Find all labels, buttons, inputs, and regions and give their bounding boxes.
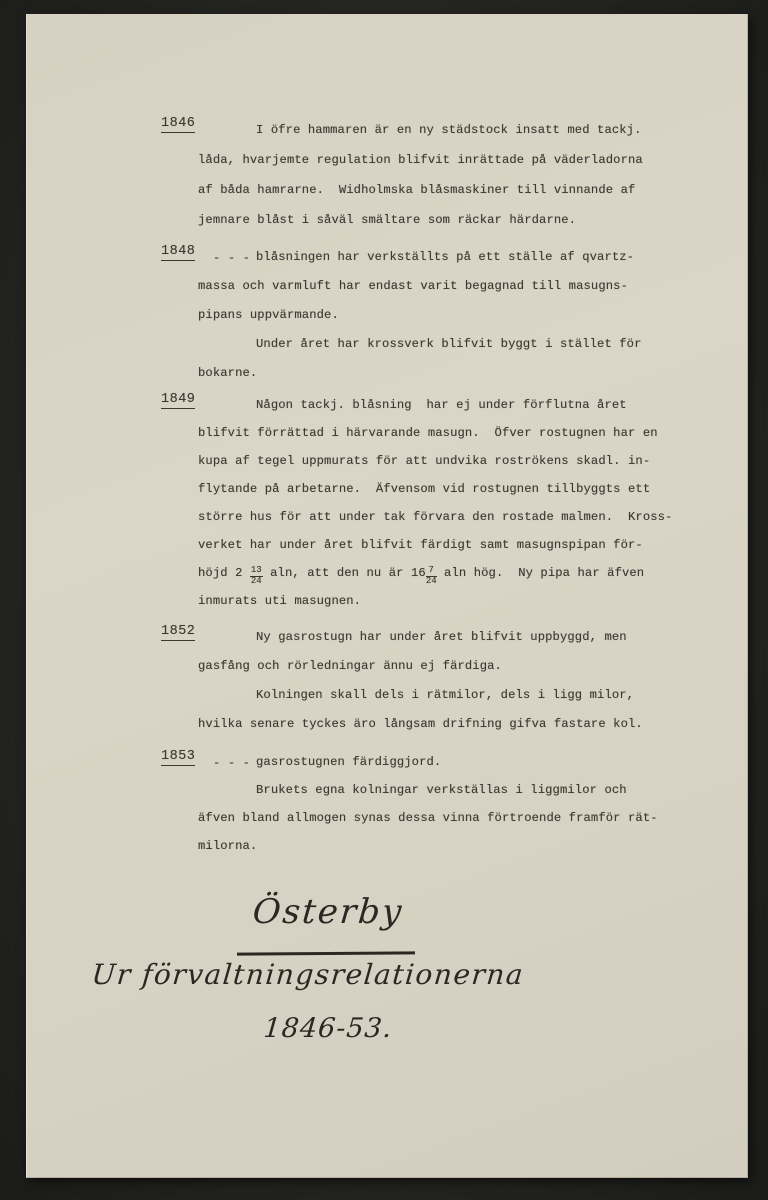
entry-1853: 1853 - - - gasrostugnen färdiggjord. Bru… — [198, 748, 694, 860]
year-label-1849: 1849 — [161, 392, 195, 409]
text-line: hvilka senare tyckes äro långsam drifnin… — [198, 710, 694, 739]
text-line-with-fractions: höjd 2 1324 aln, att den nu är 16724 aln… — [198, 559, 694, 587]
text-line: verket har under året blifvit färdigt sa… — [198, 531, 694, 559]
text-line: I öfre hammaren är en ny städstock insat… — [198, 115, 694, 145]
text-line: Ny gasrostugn har under året blifvit upp… — [198, 623, 694, 652]
fraction-line-part3: aln hög. Ny pipa har äfven — [437, 566, 645, 580]
text-line: flytande på arbetarne. Äfvensom vid rost… — [198, 475, 694, 503]
text-line: jemnare blåst i såväl smältare som räcka… — [198, 205, 694, 235]
text-line: gasrostugnen färdiggjord. — [198, 748, 694, 776]
year-label-1852: 1852 — [161, 624, 195, 641]
signature-underline — [237, 951, 415, 955]
document-page: 1846 I öfre hammaren är en ny städstock … — [26, 14, 748, 1178]
entry-1846: 1846 I öfre hammaren är en ny städstock … — [198, 115, 694, 235]
fraction-line-part1: höjd 2 — [198, 566, 250, 580]
year-label-1846: 1846 — [161, 116, 195, 133]
text-line: inmurats uti masugnen. — [198, 587, 694, 615]
text-line: gasfång och rörledningar ännu ej färdiga… — [198, 652, 694, 681]
entry-1848: 1848 - - - blåsningen har verkställts på… — [198, 243, 694, 388]
text-line: af båda hamrarne. Widholmska blåsmaskine… — [198, 175, 694, 205]
ditto-dashes: - - - — [213, 748, 250, 778]
text-line: låda, hvarjemte regulation blifvit inrät… — [198, 145, 694, 175]
fraction-7-24: 724 — [426, 566, 437, 587]
ditto-dashes: - - - — [213, 243, 250, 273]
year-label-1853: 1853 — [161, 749, 195, 766]
handwritten-signature: Österby — [236, 892, 419, 932]
text-line: blifvit förrättad i härvarande masugn. Ö… — [198, 419, 694, 447]
fraction-13-24: 1324 — [250, 566, 263, 587]
text-line: Kolningen skall dels i rätmilor, dels i … — [198, 681, 694, 710]
text-line: äfven bland allmogen synas dessa vinna f… — [198, 804, 694, 832]
handwritten-note-line2: 1846-53. — [247, 1013, 410, 1044]
text-line: milorna. — [198, 832, 694, 860]
text-line: Under året har krossverk blifvit byggt i… — [198, 330, 694, 359]
text-line: massa och varmluft har endast varit bega… — [198, 272, 694, 301]
text-line: Någon tackj. blåsning har ej under förfl… — [198, 391, 694, 419]
text-line: bokarne. — [198, 359, 694, 388]
text-line: blåsningen har verkställts på ett ställe… — [198, 243, 694, 272]
fraction-line-part2: aln, att den nu är 16 — [263, 566, 426, 580]
entry-1852: 1852 Ny gasrostugn har under året blifvi… — [198, 623, 694, 739]
photo-background: 1846 I öfre hammaren är en ny städstock … — [0, 0, 768, 1200]
text-line: större hus för att under tak förvara den… — [198, 503, 694, 531]
text-line: Brukets egna kolningar verkställas i lig… — [198, 776, 694, 804]
text-line: pipans uppvärmande. — [198, 301, 694, 330]
handwritten-note-line1: Ur förvaltningsrelationerna — [87, 958, 530, 991]
year-label-1848: 1848 — [161, 244, 195, 261]
text-line: kupa af tegel uppmurats för att undvika … — [198, 447, 694, 475]
entry-1849: 1849 Någon tackj. blåsning har ej under … — [198, 391, 694, 615]
